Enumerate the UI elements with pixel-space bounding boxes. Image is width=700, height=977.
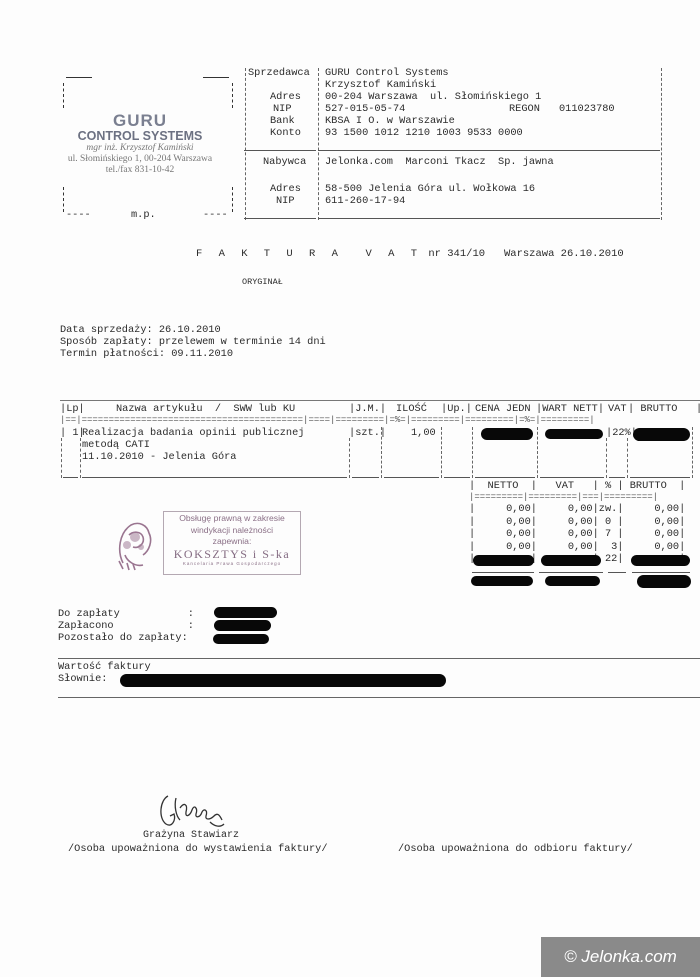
seller-account: 93 1500 1012 1210 1003 9533 0000 [325,127,523,139]
watermark: © Jelonka.com [541,937,700,977]
mp-label: m.p. [131,209,156,221]
redacted-total-vat [545,576,600,586]
law-stamp-firm: KOKSZTYS i S-ka [165,548,299,561]
buyer-section-label: Nabywca [263,156,306,168]
seller-regon: 011023780 [559,103,615,115]
law-firm-emblem-icon [113,515,161,571]
invoice-meta: Data sprzedaży: 26.10.2010 Sposób zapłat… [60,324,326,360]
vat-summary-row: | 0,00| 0,00|zw.| 0,00| [469,503,685,515]
signature-scribble-icon [150,790,240,834]
stamp-owner: mgr inż. Krzysztof Kamiński [40,143,240,154]
stamp-logo-control-systems: CONTROL SYSTEMS [40,130,240,143]
invoice-place-date: Warszawa 26.10.2010 [504,248,624,260]
col-vat: VAT [608,403,627,415]
buyer-address-label: Adres [270,183,301,195]
receiver-caption: /Osoba upoważniona do odbioru faktury/ [398,843,633,855]
seller-name-line2: Krzysztof Kamiński [325,79,436,91]
seller-nip-label: NIP [273,103,292,115]
stamp-address: ul. Słomińskiego 1, 00-204 Warszawa [40,154,240,165]
row-name-line1: Realizacja badania opinii publicznej [82,427,304,439]
row-unit: szt. [355,427,380,439]
seller-account-label: Konto [270,127,301,139]
redacted-unit-price [481,428,533,440]
col-gross: BRUTTO [640,403,677,415]
seller-address: 00-204 Warszawa ul. Słomińskiego 1 [325,91,541,103]
row-lp: 1 [72,427,78,439]
row-qty: 1,00 [411,427,436,439]
law-stamp-line3: zapewnia: [165,536,299,548]
row-name-line2: metodą CATI [82,439,150,451]
buyer-nip: 611-260-17-94 [325,195,405,207]
to-pay-label: Do zapłaty : [58,608,194,620]
redacted-to-pay [214,607,277,618]
due-date: Termin płatności: 09.11.2010 [60,348,326,360]
seller-bank: KBSA I O. w Warszawie [325,115,455,127]
redacted-value-words [120,674,446,687]
company-stamp-text: GURU CONTROL SYSTEMS mgr inż. Krzysztof … [40,112,240,176]
redacted-vat-22 [541,555,601,566]
redacted-netto-22 [473,555,534,566]
law-stamp-line2: windykacji należności [165,525,299,537]
seller-name-line1: GURU Control Systems [325,67,449,79]
stamp-corner-tl [66,77,92,78]
row-name-line3: 11.10.2010 - Jelenia Góra [82,451,236,463]
sale-date: Data sprzedaży: 26.10.2010 [60,324,326,336]
buyer-name: Jelonka.com Marconi Tkacz Sp. jawna [325,156,554,168]
redacted-brutto-22 [631,555,690,566]
redacted-gross [633,428,690,441]
vat-summary-row: | 0,00| 0,00| 7 | 0,00| [469,528,685,540]
buyer-nip-label: NIP [276,195,295,207]
redacted-total-brutto [637,575,691,588]
law-stamp-subtitle: Kancelaria Prawa Gospodarczego [165,561,299,567]
buyer-address: 58-500 Jelenia Góra ul. Wołkowa 16 [325,183,535,195]
redacted-paid [214,620,271,631]
law-firm-stamp: Obsługę prawną w zakresie windykacji nal… [113,509,303,575]
issuer-caption: /Osoba upoważniona do wystawienia faktur… [68,843,328,855]
redacted-total-netto [471,576,533,586]
redacted-remaining [213,634,269,644]
seller-section-label: Sprzedawca [248,67,310,79]
issuer-name: Grażyna Stawiarz [143,830,239,842]
redacted-net-value [545,429,603,439]
stamp-phone: tel./fax 831-10-42 [40,165,240,176]
payment-summary: Do zapłaty : Zapłacono : Pozostało do za… [58,608,194,644]
stamp-corner-tr [203,77,229,78]
paid-label: Zapłacono : [58,620,194,632]
vat-summary-row: | 0,00| 0,00| 3| 0,00| [469,541,685,553]
invoice-copy-label: ORYGINAŁ [242,276,283,288]
payment-method: Sposób zapłaty: przelewem w terminie 14 … [60,336,326,348]
seller-address-label: Adres [270,91,301,103]
invoice-number: nr 341/10 [428,248,485,260]
stamp-logo-guru: GURU [40,112,240,130]
law-stamp-line1: Obsługę prawną w zakresie [165,513,299,525]
vat-summary-row: | 0,00| 0,00| 0 | 0,00| [469,516,685,528]
invoice-title-text: F A K T U R A V A T [196,248,422,260]
value-label: Wartość faktury [58,661,151,673]
seller-nip: 527-015-05-74 [325,103,405,115]
remaining-label: Pozostało do zapłaty: [58,632,194,644]
seller-bank-label: Bank [270,115,295,127]
seller-regon-label: REGON [509,103,540,115]
invoice-title: F A K T U R A V A T nr 341/10 Warszawa 2… [196,248,624,260]
